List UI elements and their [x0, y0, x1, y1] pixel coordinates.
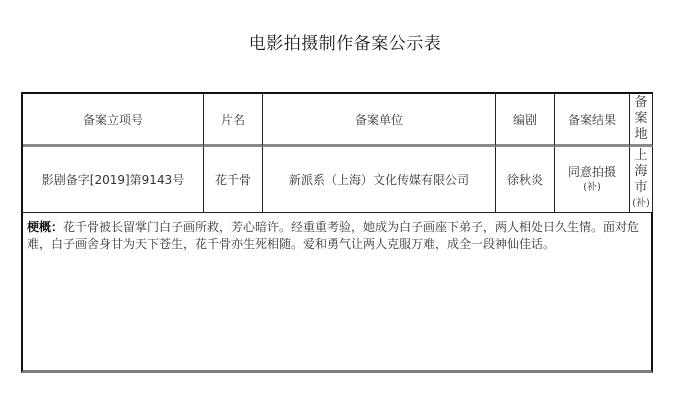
cell-film-title: 花千骨	[204, 147, 263, 213]
header-screenwriter: 编剧	[496, 94, 555, 147]
page-title: 电影拍摄制作备案公示表	[0, 29, 690, 54]
header-filing-number: 备案立项号	[23, 94, 204, 147]
synopsis-label: 梗概：	[27, 220, 63, 234]
cell-result: 同意拍摄 (补)	[555, 147, 630, 213]
header-location-char: 案	[634, 111, 647, 127]
header-film-title: 片名	[204, 94, 263, 147]
header-location: 备 案 地	[630, 94, 653, 147]
header-filing-unit: 备案单位	[263, 94, 496, 147]
synopsis-box: 梗概：花千骨被长留掌门白子画所救，芳心暗许。经重重考验，她成为白子画座下弟子，两…	[21, 213, 653, 373]
header-result: 备案结果	[555, 94, 630, 147]
cell-filing-unit: 新派系（上海）文化传媒有限公司	[263, 147, 496, 213]
header-location-char: 地	[634, 127, 647, 143]
location-char: 市	[634, 180, 647, 196]
location-char: 海	[634, 164, 647, 180]
location-char: 上	[634, 148, 647, 164]
synopsis-text: 花千骨被长留掌门白子画所救，芳心暗许。经重重考验，她成为白子画座下弟子，两人相处…	[27, 220, 639, 251]
result-note: (补)	[583, 180, 601, 196]
header-location-char: 备	[634, 95, 647, 111]
cell-screenwriter: 徐秋炎	[496, 147, 555, 213]
cell-filing-number: 影剧备字[2019]第9143号	[23, 147, 204, 213]
cell-location: 上 海 市 (补)	[630, 147, 653, 213]
filing-table: 备案立项号 片名 备案单位 编剧 备案结果 备 案 地 影剧备字[2019]第9…	[21, 92, 653, 213]
location-note: (补)	[632, 196, 650, 212]
result-text: 同意拍摄	[568, 164, 616, 180]
